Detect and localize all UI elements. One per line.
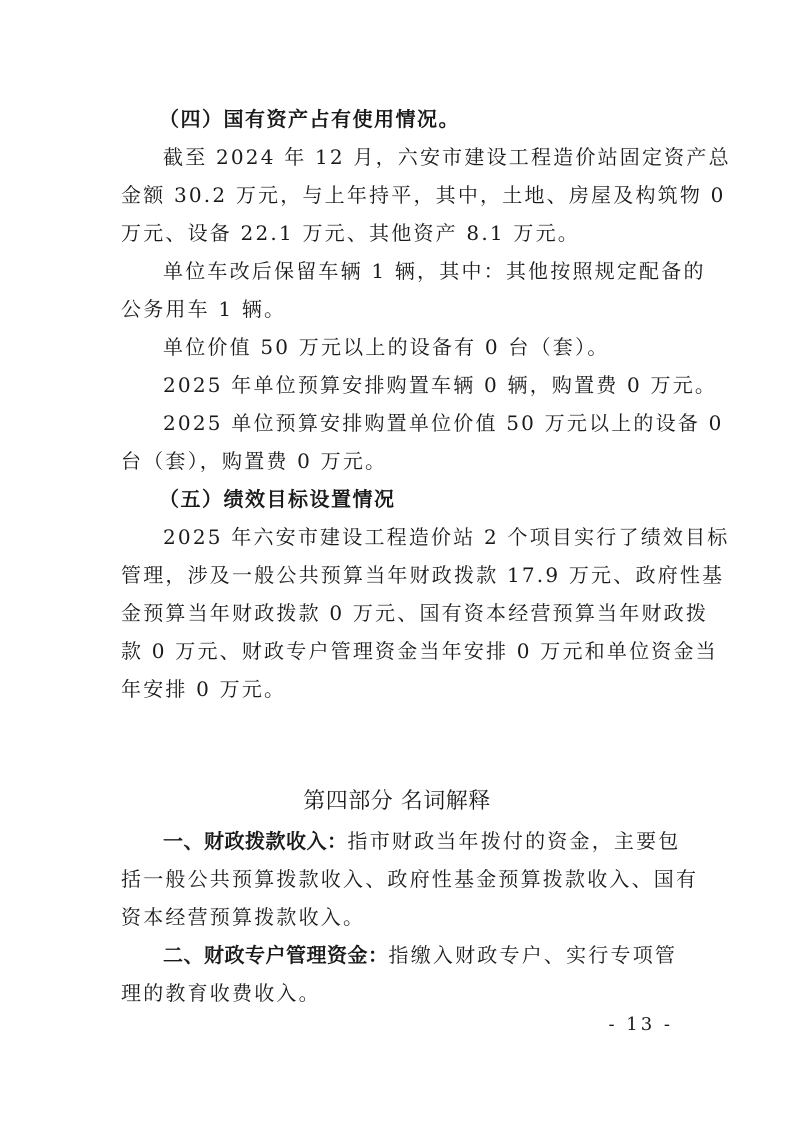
section-heading-performance-targets: （五）绩效目标设置情况 [121, 480, 673, 518]
text-line: 年安排 0 万元。 [121, 670, 673, 708]
text-line: 2025 年六安市建设工程造价站 2 个项目实行了绩效目标 [121, 518, 673, 556]
document-page: （四）国有资产占有使用情况。 截至 2024 年 12 月，六安市建设工程造价站… [121, 100, 673, 1012]
text-line: 金额 30.2 万元，与上年持平，其中，土地、房屋及构筑物 0 [121, 176, 673, 214]
term-label: 二、财政专户管理资金： [163, 943, 389, 967]
glossary-term-fiscal-appropriation: 一、财政拨款收入：指市财政当年拨付的资金，主要包 括一般公共预算拨款收入、政府性… [121, 822, 673, 936]
glossary-term-special-account-funds: 二、财政专户管理资金：指缴入财政专户、实行专项管 理的教育收费收入。 [121, 936, 673, 1012]
section-heading-state-assets: （四）国有资产占有使用情况。 [121, 100, 673, 138]
text-line: 金预算当年财政拨款 0 万元、国有资本经营预算当年财政拨 [121, 594, 673, 632]
section-spacer [121, 708, 673, 782]
text-line: 单位车改后保留车辆 1 辆，其中：其他按照规定配备的 [121, 252, 673, 290]
text-line: 理的教育收费收入。 [121, 974, 673, 1012]
text-line: 2025 单位预算安排购置单位价值 50 万元以上的设备 0 [121, 404, 673, 442]
text-line: 二、财政专户管理资金：指缴入财政专户、实行专项管 [121, 936, 673, 974]
text-line: 款 0 万元、财政专户管理资金当年安排 0 万元和单位资金当 [121, 632, 673, 670]
text-line: 台（套），购置费 0 万元。 [121, 442, 673, 480]
text-line: 括一般公共预算拨款收入、政府性基金预算拨款收入、国有 [121, 860, 673, 898]
paragraph-2025-equipment-purchase: 2025 单位预算安排购置单位价值 50 万元以上的设备 0 台（套），购置费 … [121, 404, 673, 480]
term-label: 一、财政拨款收入： [163, 829, 348, 853]
part-title-glossary: 第四部分 名词解释 [121, 782, 673, 822]
text-line: 2025 年单位预算安排购置车辆 0 辆，购置费 0 万元。 [121, 366, 673, 404]
term-definition: 指缴入财政专户、实行专项管 [389, 943, 678, 967]
text-line: 截至 2024 年 12 月，六安市建设工程造价站固定资产总 [121, 138, 673, 176]
paragraph-equipment-over-50: 单位价值 50 万元以上的设备有 0 台（套）。 [121, 328, 673, 366]
paragraph-fixed-assets: 截至 2024 年 12 月，六安市建设工程造价站固定资产总 金额 30.2 万… [121, 138, 673, 252]
text-line: 资本经营预算拨款收入。 [121, 898, 673, 936]
text-line: 单位价值 50 万元以上的设备有 0 台（套）。 [121, 328, 673, 366]
text-line: 公务用车 1 辆。 [121, 290, 673, 328]
paragraph-performance: 2025 年六安市建设工程造价站 2 个项目实行了绩效目标 管理，涉及一般公共预… [121, 518, 673, 708]
paragraph-vehicles: 单位车改后保留车辆 1 辆，其中：其他按照规定配备的 公务用车 1 辆。 [121, 252, 673, 328]
text-line: 万元、设备 22.1 万元、其他资产 8.1 万元。 [121, 214, 673, 252]
paragraph-2025-vehicle-purchase: 2025 年单位预算安排购置车辆 0 辆，购置费 0 万元。 [121, 366, 673, 404]
page-number: - 13 - [608, 1014, 673, 1035]
text-line: 一、财政拨款收入：指市财政当年拨付的资金，主要包 [121, 822, 673, 860]
text-line: 管理，涉及一般公共预算当年财政拨款 17.9 万元、政府性基 [121, 556, 673, 594]
term-definition: 指市财政当年拨付的资金，主要包 [348, 829, 681, 853]
